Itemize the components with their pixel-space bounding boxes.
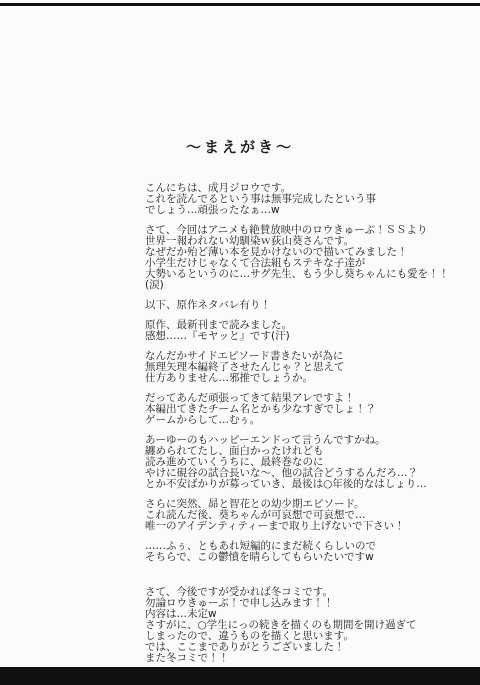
paragraph-spoiler-warning: 以下、原作ネタバレ有り！ (145, 300, 464, 311)
top-border-line (0, 3, 480, 6)
paragraph-winter-comiket: さて、今後ですが受かれば冬コミです。 勿論ロウきゅーぶ！で申し込みます！！ 内容… (145, 587, 464, 664)
paragraph-team-names: だってあんだ頑張ってきて結果アレですよ！ 本編出てきたチーム名とかも少なすぎでし… (145, 393, 464, 426)
preface-page: ～まえがき～ こんにちは、成月ジロウです。 これを読んでるという事は無事完成した… (0, 0, 480, 685)
paragraph-impressions: 原作、最新刊まで読みました。 感想……『モヤッと』です(汗) (145, 320, 464, 342)
page-title: ～まえがき～ (0, 136, 480, 157)
paragraph-side-episode: なんだかサイドエピソード書きたいが為に 無理矢理本編終了させたんじゃ？と思えて … (145, 351, 464, 384)
scan-root: { "colors": { "page": "#fbfbfb", "bar": … (0, 0, 480, 685)
paragraph-greeting: こんにちは、成月ジロウです。 これを読んでるという事は無事完成したという事 でし… (145, 183, 464, 216)
paragraph-short-stories: ……ふぅ、ともあれ短編的にまだ続くらしいので そちらで、この鬱憤を晴らしてもらい… (145, 541, 464, 563)
bottom-border-bar (0, 667, 480, 685)
paragraph-happy-end: あーゆーのもハッピーエンドって言うんですかね。 纏められてたし、面白かったけれど… (145, 435, 464, 490)
preface-body: こんにちは、成月ジロウです。 これを読んでるという事は無事完成したという事 でし… (145, 183, 464, 673)
paragraph-childhood-episode: さらに突然、昴と智花との幼少期エピソード。 これ読んだ後、葵ちゃんが可哀想で可哀… (145, 499, 464, 532)
paragraph-aoi-intro: さて、今回はアニメも絶賛放映中のロウきゅーぶ！ＳＳより 世界一報われない幼馴染ｗ… (145, 225, 464, 291)
